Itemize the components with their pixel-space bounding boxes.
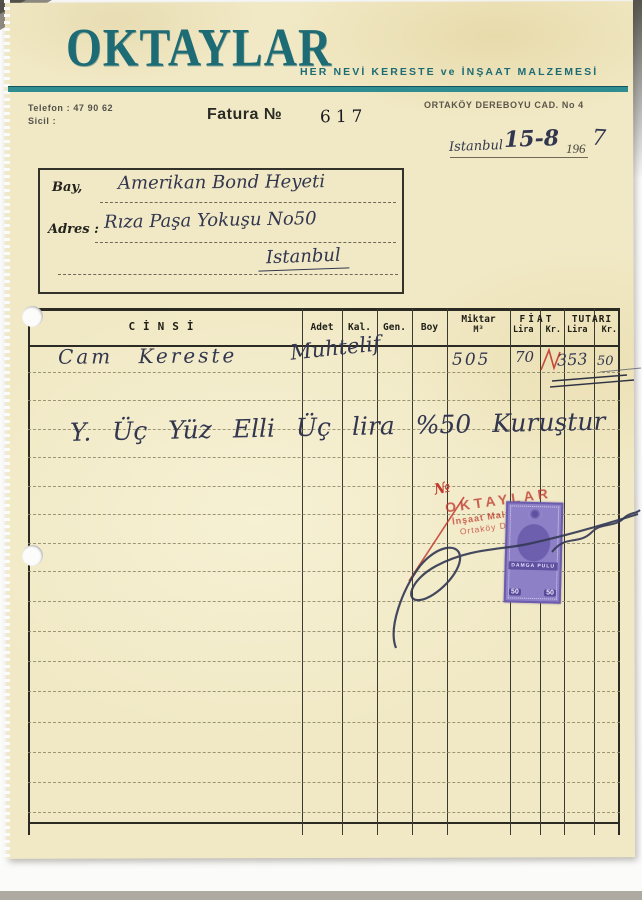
row-line [28,782,620,783]
revenue-stamp-frame [508,505,559,599]
revenue-stamp-emblem [527,509,541,519]
table-top-border [28,308,620,311]
date-year-digit-handwriting: 7 [591,126,606,152]
tutari-kr-label: Kr. [602,325,617,335]
row-line [28,722,620,723]
row-fiat-handwriting: 70 [515,348,534,366]
customer-address-handwriting: Rıza Paşa Yokuşu No50 [104,208,317,233]
denomination-right: 50 [544,589,556,596]
revenue-stamp-title: DAMGA PULU [509,562,558,571]
row-line [28,372,620,373]
date-year-printed: 196 [566,141,586,157]
denomination-left: 50 [509,588,521,595]
telefon-label: Telefon : 47 90 62 [28,103,113,113]
fatura-number: 617 [320,107,368,127]
row-cinsi-handwriting: Cam Kereste [58,343,238,369]
punch-hole-top [22,306,43,327]
miktar-unit: M³ [447,325,510,335]
company-tagline: HER NEVİ KERESTE ve İNŞAAT MALZEMESİ [300,66,620,78]
city-line [58,274,398,275]
date-day-month-handwriting: 15-8 [504,125,560,153]
bay-label: Bay, [52,180,82,195]
tutari-lira-label: Lira [567,325,587,335]
company-address: ORTAKÖY DEREBOYU CAD. No 4 [424,100,584,110]
row-tutari-lira-handwriting: 353 [557,349,588,370]
perforated-edge [4,0,10,858]
row-tutari-kr-handwriting: 50 [597,354,614,369]
row-line [28,812,620,813]
column-header-tutari: TUTARI Lira Kr. [564,314,620,335]
row-line [28,661,620,662]
row-line [28,691,620,692]
company-brand: OKTAYLAR [66,16,332,79]
date-place-handwriting: Istanbul [449,138,504,155]
row-line [28,400,620,401]
table-bottom-border [28,822,620,824]
column-header-adet: Adet [302,322,342,333]
red-handwritten-note: № [432,478,452,499]
punch-hole-bottom [22,545,43,566]
revenue-stamp: DAMGA PULU 50 50 [504,501,564,603]
amount-in-words-handwriting: Y. Üç Yüz Elli Üç lira %50 Kuruştur [70,406,630,447]
fatura-label: Fatura № [207,106,282,124]
column-header-fiat: FİAT Lira Kr. [510,314,564,335]
row-line [28,631,620,632]
customer-box: Bay, Amerikan Bond Heyeti Adres : Rıza P… [38,168,404,294]
column-header-gen: Gen. [377,322,412,333]
backdrop-bottom-band [0,891,642,900]
fiat-label: FİAT [520,314,555,325]
header-rule [8,86,628,92]
row-line [28,457,620,458]
column-header-cinsi: CİNSİ [28,320,302,333]
customer-name-handwriting: Amerikan Bond Heyeti [118,171,325,194]
fiat-kr-label: Kr. [546,325,561,335]
name-line [100,202,396,203]
date-underline [450,157,588,158]
row-line [28,752,620,753]
miktar-label: Miktar [461,314,495,325]
tutari-label: TUTARI [572,314,612,325]
revenue-stamp-denominations: 50 50 [509,588,556,596]
column-header-boy: Boy [412,322,447,333]
row-miktar-handwriting: 505 [452,350,490,370]
column-header-miktar: Miktar M³ [447,314,510,335]
fiat-lira-label: Lira [513,325,533,335]
sicil-label: Sicil : [28,116,56,126]
adres-label: Adres : [48,222,99,237]
address-line [95,242,396,243]
backdrop-edge [633,0,642,180]
customer-city-handwriting: Istanbul [258,244,350,271]
